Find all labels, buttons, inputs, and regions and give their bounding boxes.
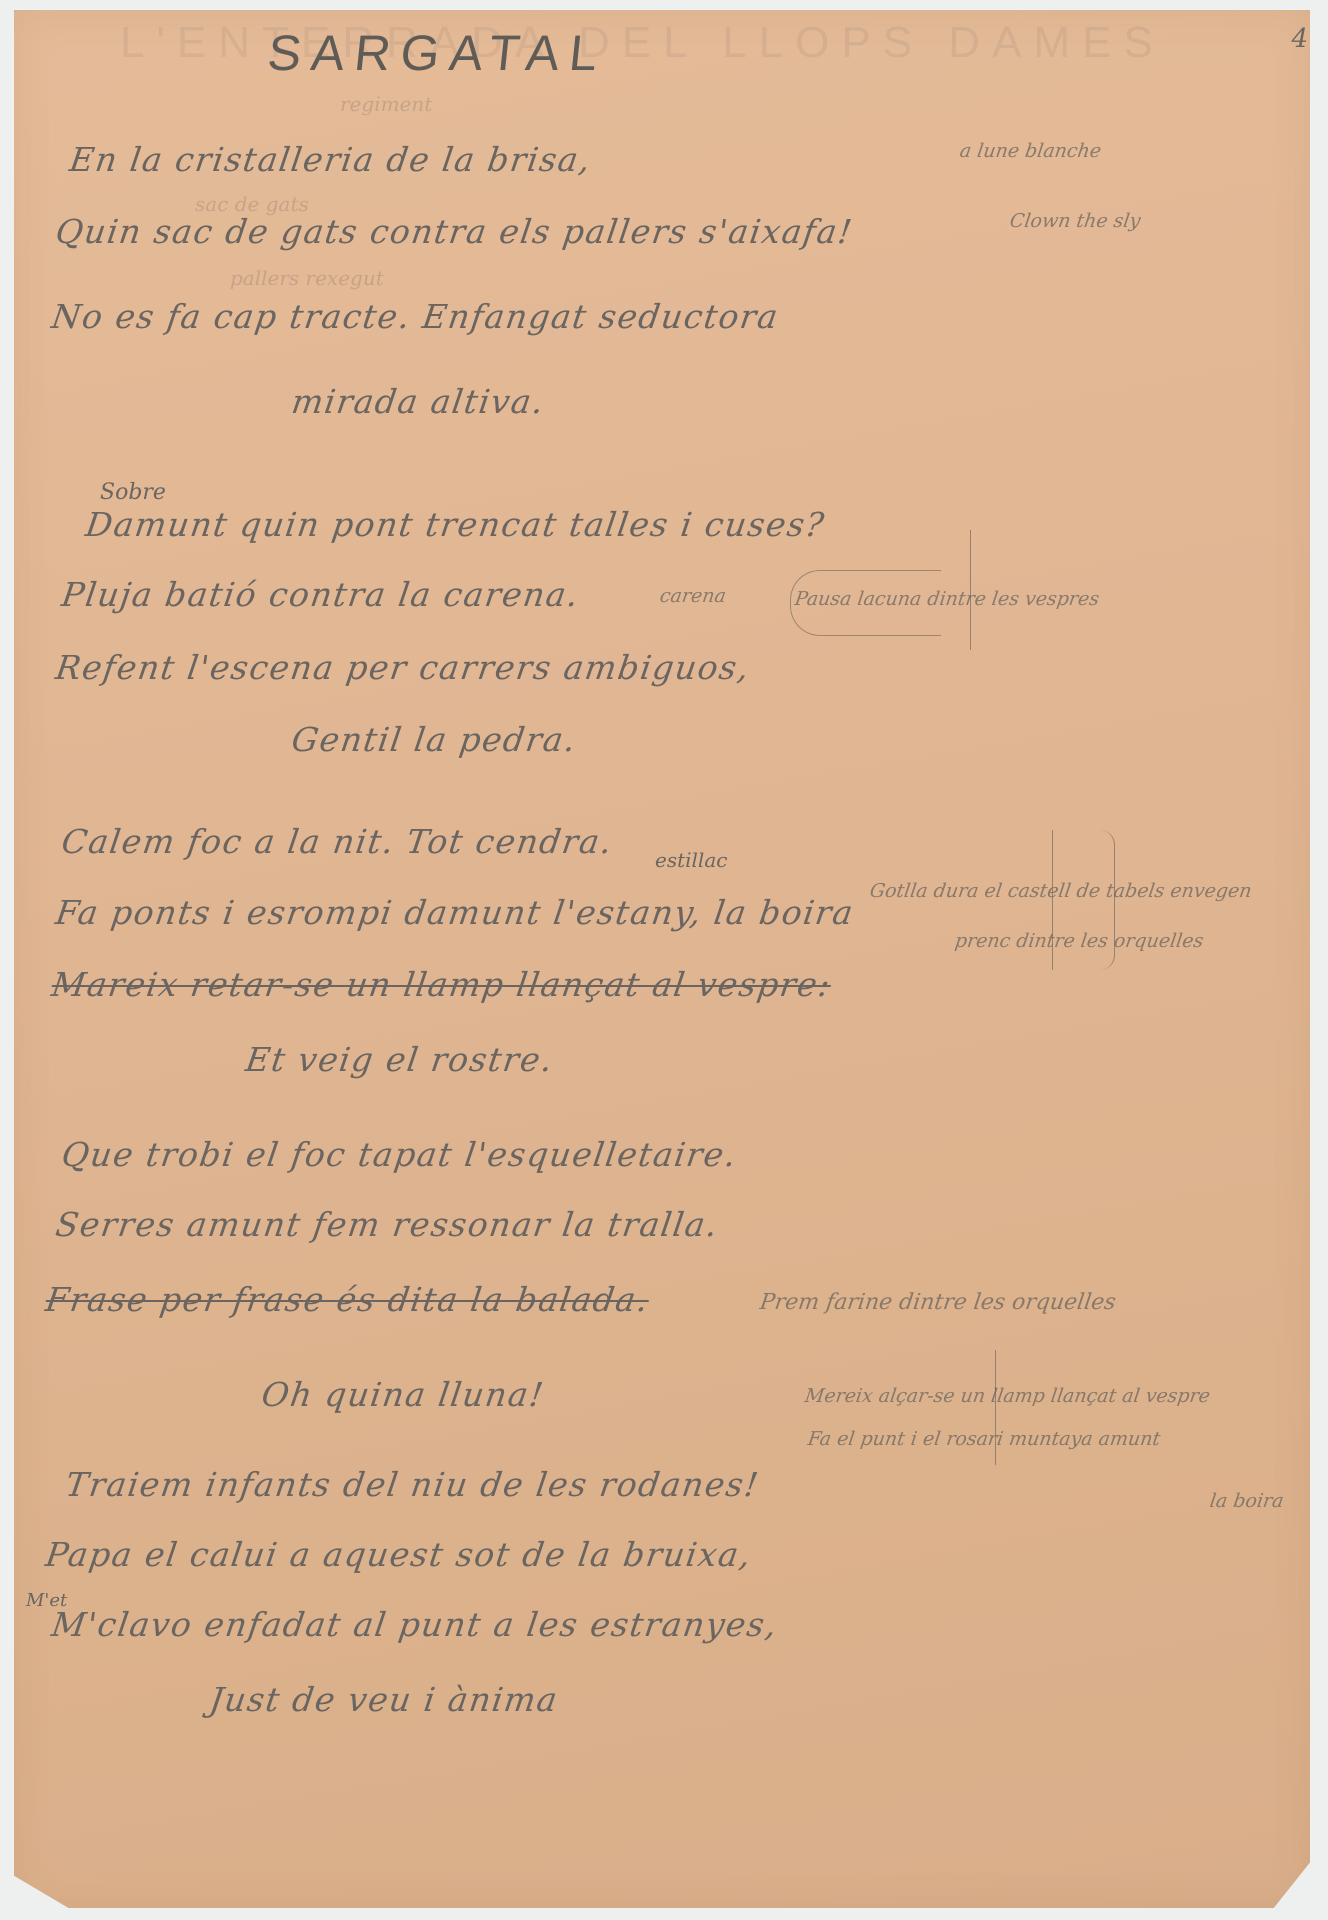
poem-line-strikethrough-start: Damunt quin pont trencat talles i cuses?: [83, 505, 827, 544]
margin-note: Pausa lacuna dintre les vespres: [793, 588, 1100, 610]
poem-line: Que trobi el foc tapat l'esquelletaire.: [59, 1135, 739, 1174]
poem-line: Oh quina lluna!: [259, 1375, 547, 1414]
ghost-note: regiment: [340, 92, 432, 116]
poem-line: Papa el calui a aquest sot de la bruixa,: [43, 1535, 754, 1574]
poem-line: En la cristalleria de la brisa,: [67, 140, 594, 179]
poem-line: mirada altiva.: [289, 382, 547, 421]
margin-note: la boira: [1208, 1490, 1285, 1512]
margin-note: Clown the sly: [1008, 210, 1141, 232]
insertion-above-estany: estillac: [655, 848, 727, 872]
poem-line: Refent l'escena per carrers ambiguos,: [53, 648, 752, 687]
poem-line: Fa ponts i esrompi damunt l'estany, la b…: [53, 893, 856, 932]
poem-line: Just de veu i ànima: [207, 1680, 561, 1719]
margin-note: Gotlla dura el castell de tabels envegen: [868, 880, 1253, 902]
page-number: 4: [1291, 24, 1308, 54]
ghost-word: carena: [658, 585, 727, 607]
poem-line: Gentil la pedra.: [289, 720, 579, 759]
poem-line: Quin sac de gats contra els pallers s'ai…: [53, 212, 855, 251]
margin-note: Mereix alçar-se un llamp llançat al vesp…: [803, 1385, 1211, 1407]
poem-line: Traiem infants del niu de les rodanes!: [63, 1465, 762, 1504]
poem-line: M'clavo enfadat al punt a les estranyes,: [49, 1605, 780, 1644]
poem-title: SARGATAL: [265, 24, 610, 82]
poem-line: Calem foc a la nit. Tot cendra.: [59, 822, 615, 861]
poem-line: No es fa cap tracte. Enfangat seductora: [49, 297, 781, 336]
continuation-note: Prem farine dintre les orquelles: [758, 1290, 1117, 1315]
poem-line-struck: Mareix retar-se un llamp llançat al vesp…: [49, 965, 834, 1004]
poem-line-struck: Frase per frase és dita la balada.: [43, 1280, 651, 1319]
poem-line: Pluja batió contra la carena.: [59, 575, 582, 614]
poem-line: Serres amunt fem ressonar la tralla.: [53, 1205, 721, 1244]
poem-line: Et veig el rostre.: [243, 1040, 556, 1079]
ghost-note: pallers rexegut: [230, 266, 384, 290]
margin-note: Fa el punt i el rosari muntaya amunt: [806, 1428, 1161, 1450]
margin-note: a lune blanche: [958, 140, 1102, 162]
margin-note: prenc dintre les orquelles: [953, 930, 1204, 952]
insertion-sobre: Sobre: [100, 480, 166, 505]
